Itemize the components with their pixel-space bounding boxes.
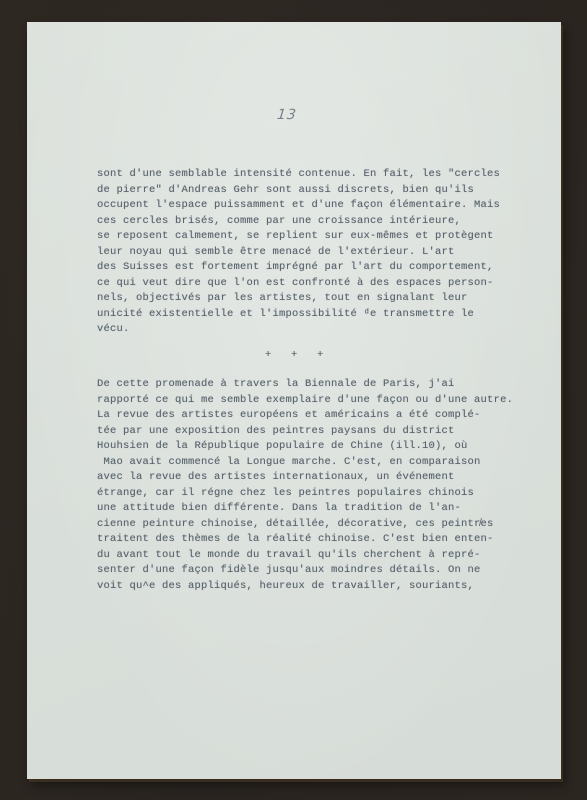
section-separator: + + + bbox=[265, 348, 535, 364]
text-line: senter d'une façon fidèle jusqu'aux moin… bbox=[97, 563, 535, 579]
text-line: tée par une exposition des peintres pays… bbox=[97, 424, 535, 440]
text-line: De cette promenade à travers la Biennale… bbox=[97, 377, 535, 393]
text-line: traitent des thèmes de la réalité chinoi… bbox=[97, 532, 535, 548]
text-line: cienne peinture chinoise, détaillée, déc… bbox=[97, 517, 535, 533]
text-line: unicité existentielle et l'impossibilité… bbox=[97, 307, 535, 323]
paragraph-2: De cette promenade à travers la Biennale… bbox=[97, 377, 535, 594]
text-line: vécu. bbox=[97, 322, 535, 338]
paragraph-1: sont d'une semblable intensité contenue.… bbox=[97, 167, 535, 338]
text-line: rapporté ce qui me semble exemplaire d'u… bbox=[97, 393, 535, 409]
text-line: se reposent calmement, se replient sur e… bbox=[97, 229, 535, 245]
text-line: sont d'une semblable intensité contenue.… bbox=[97, 167, 535, 183]
text-line: ce qui veut dire que l'on est confronté … bbox=[97, 276, 535, 292]
text-block: sont d'une semblable intensité contenue.… bbox=[97, 167, 535, 594]
text-line: La revue des artistes européens et améri… bbox=[97, 408, 535, 424]
photographed-document-background: { "colors": { "background": "#2b2520", "… bbox=[0, 0, 587, 800]
text-line: leur noyau qui semble être menacé de l'e… bbox=[97, 245, 535, 261]
typewritten-page: 13 sont d'une semblable intensité conten… bbox=[27, 22, 561, 779]
text-line: occupent l'espace puissamment et d'une f… bbox=[97, 198, 535, 214]
text-line: Mao avait commencé la Longue marche. C'e… bbox=[97, 455, 535, 471]
text-line: avec la revue des artistes internationau… bbox=[97, 470, 535, 486]
text-line: voit qu^e des appliqués, heureux de trav… bbox=[97, 579, 535, 595]
text-line: des Suisses est fortement imprégné par l… bbox=[97, 260, 535, 276]
text-line: de pierre" d'Andreas Gehr sont aussi dis… bbox=[97, 183, 535, 199]
text-line: du avant tout le monde du travail qu'ils… bbox=[97, 548, 535, 564]
text-line: ces cercles brisés, comme par une croiss… bbox=[97, 214, 535, 230]
text-line: Houhsien de la République populaire de C… bbox=[97, 439, 535, 455]
text-line: une attitude bien différente. Dans la tr… bbox=[97, 501, 535, 517]
page-number: 13 bbox=[276, 106, 308, 124]
text-line: étrange, car il régne chez les peintres … bbox=[97, 486, 535, 502]
text-line: nels, objectivés par les artistes, tout … bbox=[97, 291, 535, 307]
